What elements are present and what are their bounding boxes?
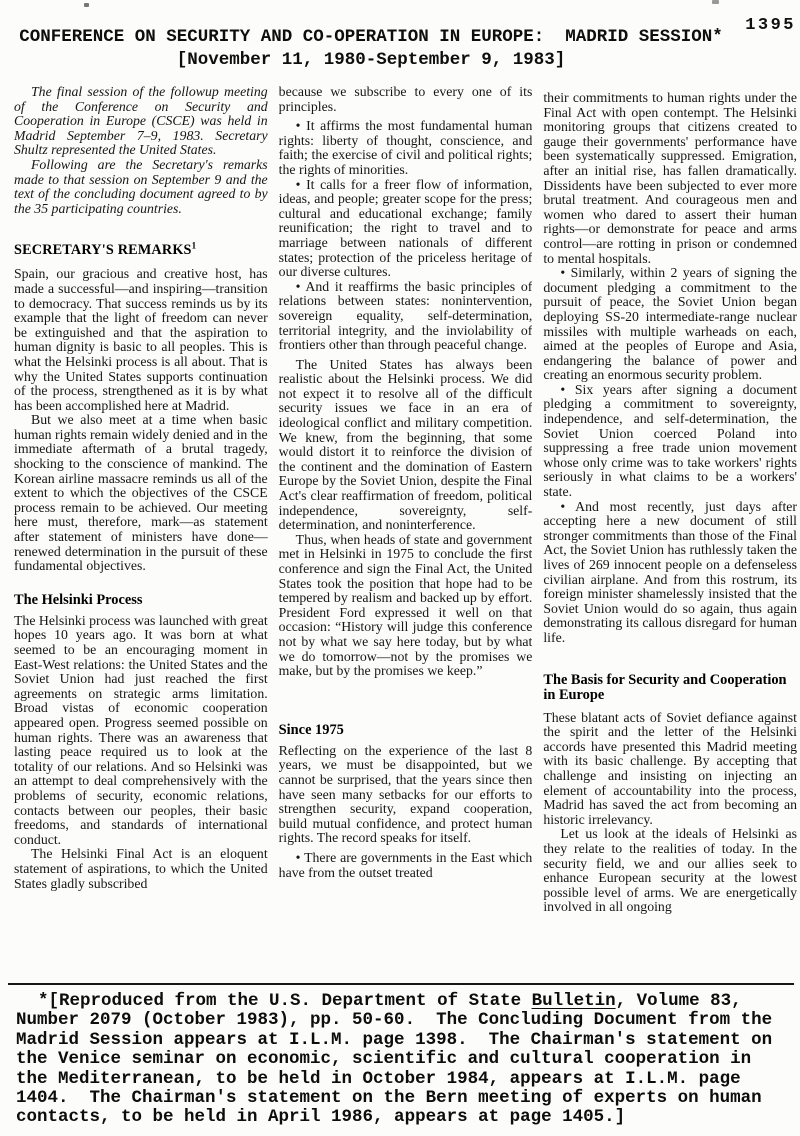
- footnote: *[Reproduced from the U.S. Department of…: [16, 992, 786, 1128]
- column-right: their commitments to human rights under …: [543, 85, 797, 981]
- scan-speck-left: [84, 3, 89, 7]
- bullet-item: It calls for a freer flow of information…: [279, 178, 533, 280]
- section-subheading: The Basis for Security and Cooperation i…: [543, 673, 797, 703]
- bullet-item: It affirms the most fundamental human ri…: [279, 119, 533, 177]
- bullet-item: And it reaffirms the basic principles of…: [279, 280, 533, 353]
- bullet-item: Six years after signing a document pledg…: [543, 383, 797, 500]
- paragraph: The Helsinki Final Act is an eloquent st…: [14, 847, 268, 891]
- footnote-bulletin-underline: Bulletin: [532, 991, 616, 1011]
- footnote-reference: 1: [192, 241, 197, 251]
- scanned-document-page: 1395 CONFERENCE ON SECURITY AND CO-OPERA…: [0, 0, 800, 1136]
- footnote-rule: [8, 983, 794, 985]
- article-columns: The final session of the followup meetin…: [0, 85, 800, 975]
- document-subtitle: [November 11, 1980-September 9, 1983]: [0, 50, 742, 70]
- bullet-item: And most recently, just days after accep…: [543, 500, 797, 646]
- column-left: The final session of the followup meetin…: [14, 85, 268, 975]
- footnote-text-end: , Volume 83, Number 2079 (October 1983),…: [16, 991, 783, 1127]
- section-subheading: The Helsinki Process: [14, 593, 268, 608]
- section-subheading: Since 1975: [279, 723, 533, 738]
- paragraph: their commitments to human rights under …: [543, 91, 797, 266]
- paragraph: Let us look at the ideals of Helsinki as…: [543, 827, 797, 915]
- paragraph: Reflecting on the experience of the last…: [279, 744, 533, 846]
- bullet-item: There are governments in the East which …: [279, 851, 533, 880]
- paragraph: The Helsinki process was launched with g…: [14, 614, 268, 848]
- bullet-item: Similarly, within 2 years of signing the…: [543, 266, 797, 383]
- section-heading: SECRETARY'S REMARKS1: [14, 243, 268, 258]
- paragraph: These blatant acts of Soviet defiance ag…: [543, 711, 797, 828]
- scan-speck-right: [712, 0, 719, 4]
- paragraph: Spain, our gracious and creative host, h…: [14, 267, 268, 413]
- document-title: CONFERENCE ON SECURITY AND CO-OPERATION …: [0, 27, 742, 47]
- paragraph: The United States has always been realis…: [279, 358, 533, 533]
- footnote-text-start: *[Reproduced from the U.S. Department of…: [38, 991, 532, 1011]
- paragraph: Thus, when heads of state and government…: [279, 533, 533, 679]
- column-middle: because we subscribe to every one of its…: [279, 85, 533, 975]
- paragraph: because we subscribe to every one of its…: [279, 85, 533, 114]
- masthead: CONFERENCE ON SECURITY AND CO-OPERATION …: [0, 27, 742, 70]
- paragraph: But we also meet at a time when basic hu…: [14, 413, 268, 574]
- page-number: 1395: [745, 16, 796, 35]
- intro-paragraph: The final session of the followup meetin…: [14, 85, 268, 158]
- intro-paragraph: Following are the Secretary's remarks ma…: [14, 158, 268, 216]
